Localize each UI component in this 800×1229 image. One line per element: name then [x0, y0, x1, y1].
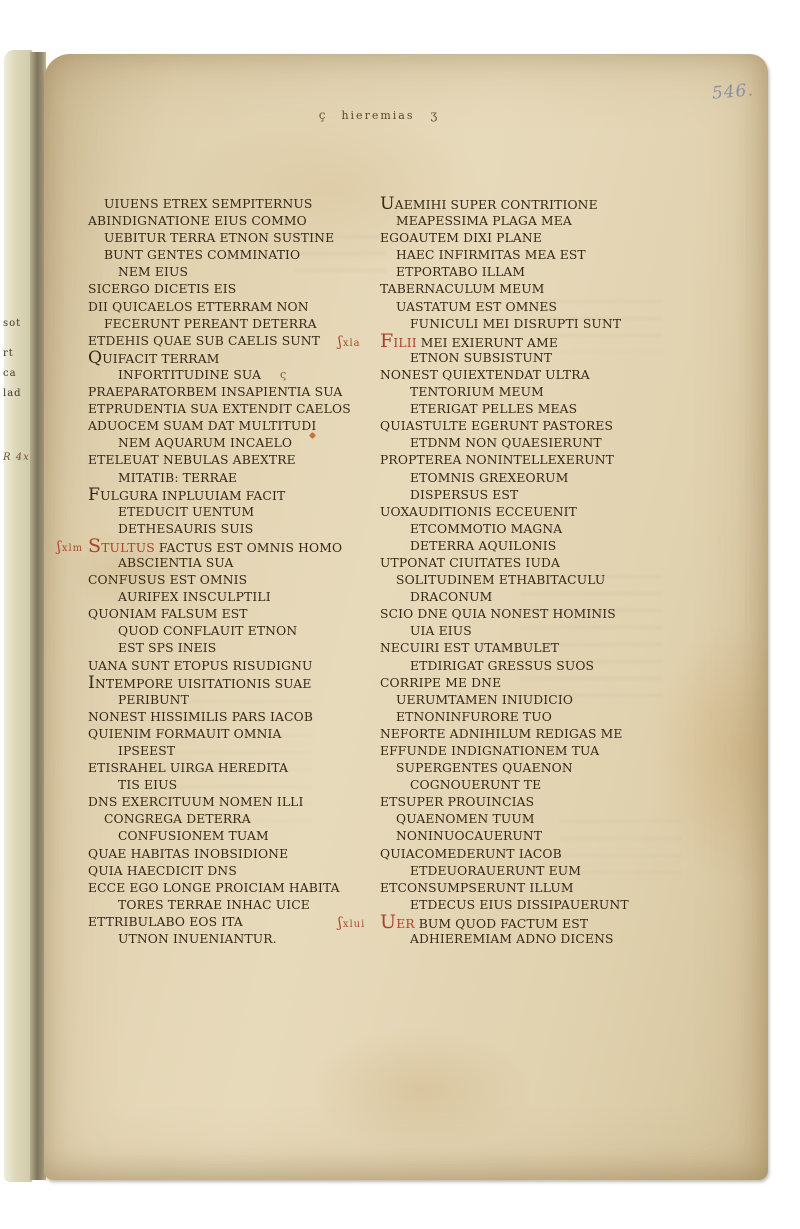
text-line: UIA EIUS: [380, 623, 692, 640]
text-line: DII QUICAELOS ETTERRAM NON: [88, 299, 372, 316]
text-line: DETERRA AQUILONIS: [380, 538, 692, 555]
manuscript-photo: sotrtcaladR 4x ç hieremias ʒ 546. UIUENS…: [0, 0, 800, 1229]
text-line: ETDECUS EIUS DISSIPAUERUNT: [380, 897, 692, 914]
edge-text-fragment: ca: [3, 368, 29, 379]
text-line: ETTRIBULABO EOS ITA: [88, 914, 372, 931]
text-line: PROPTEREA NONINTELLEXERUNT: [380, 452, 692, 469]
text-line: COGNOUERUNT TE: [380, 777, 692, 794]
text-line: BUNT GENTES COMMINATIO: [88, 247, 372, 264]
edge-text-fragment: lad: [3, 388, 29, 399]
text-line: EGOAUTEM DIXI PLANE: [380, 230, 692, 247]
text-line: ETOMNIS GREXEORUM: [380, 470, 692, 487]
text-line: ECCE EGO LONGE PROICIAM HABITA: [88, 880, 372, 897]
text-line: CONFUSUS EST OMNIS: [88, 572, 372, 589]
text-line: QUIACOMEDERUNT IACOB: [380, 846, 692, 863]
title-flourish-left-icon: ç: [319, 108, 326, 122]
text-line: SOLITUDINEM ETHABITACULU: [380, 572, 692, 589]
running-title: ç hieremias ʒ: [288, 108, 468, 122]
facing-page-edge: sotrtcaladR 4x: [4, 50, 32, 1182]
text-line: ETDEHIS QUAE SUB CAELIS SUNT: [88, 333, 372, 350]
text-line: ʃxlaFILIIMEI EXIERUNT AME: [380, 333, 692, 350]
text-line: DRACONUM: [380, 589, 692, 606]
text-line: ADUOCEM SUAM DAT MULTITUDI: [88, 418, 372, 435]
text-line: ABINDIGNATIONE EIUS COMMO: [88, 213, 372, 230]
text-line: UTNON INUENIANTUR.: [88, 931, 372, 948]
section-marker: ʃxla: [338, 334, 361, 352]
text-line: QUIA HAECDICIT DNS: [88, 863, 372, 880]
section-marker: ʃxlm: [57, 539, 83, 557]
text-line: QUIENIM FORMAUIT OMNIA: [88, 726, 372, 743]
text-line: AURIFEX INSCULPTILI: [88, 589, 372, 606]
text-line: TENTORIUM MEUM: [380, 384, 692, 401]
text-line: UASTATUM EST OMNES: [380, 299, 692, 316]
text-line: UIUENS ETREX SEMPITERNUS: [88, 196, 372, 213]
text-line: DISPERSUS EST: [380, 487, 692, 504]
text-line: FUNICULI MEI DISRUPTI SUNT: [380, 316, 692, 333]
text-line: FULGURA INPLUUIAM FACIT: [88, 487, 372, 504]
text-line: NEM AQUARUM INCAELO: [88, 435, 372, 452]
text-line: MITATIB: TERRAE: [88, 470, 372, 487]
text-line: NECUIRI EST UTAMBULET: [380, 640, 692, 657]
text-line: NONINUOCAUERUNT: [380, 828, 692, 845]
text-line: IPSEEST: [88, 743, 372, 760]
text-line: UOXAUDITIONIS ECCEUENIT: [380, 504, 692, 521]
correction-squiggle: ς: [280, 368, 286, 381]
text-line: ETISRAHEL UIRGA HEREDITA: [88, 760, 372, 777]
text-line: EFFUNDE INDIGNATIONEM TUA: [380, 743, 692, 760]
text-line: ETERIGAT PELLES MEAS: [380, 401, 692, 418]
folio-number: 546.: [711, 80, 754, 104]
text-line: PRAEPARATORBEM INSAPIENTIA SUA: [88, 384, 372, 401]
text-line: UERUMTAMEN INIUDICIO: [380, 692, 692, 709]
text-line: PERIBUNT: [88, 692, 372, 709]
text-line: QUONIAM FALSUM EST: [88, 606, 372, 623]
text-line: NONEST HISSIMILIS PARS IACOB: [88, 709, 372, 726]
text-line: QUIFACIT TERRAM: [88, 350, 372, 367]
text-line: CONFUSIONEM TUAM: [88, 828, 372, 845]
text-line: SICERGO DICETIS EIS: [88, 281, 372, 298]
text-line: EST SPS INEIS: [88, 640, 372, 657]
text-column-right: UAEMIHI SUPER CONTRITIONEMEAPESSIMA PLAG…: [380, 196, 692, 948]
text-line: QUAENOMEN TUUM: [380, 811, 692, 828]
manuscript-page: ç hieremias ʒ 546. UIUENS ETREX SEMPITER…: [44, 54, 768, 1180]
text-line: ABSCIENTIA SUA: [88, 555, 372, 572]
text-line: ʃxlmSTULTUSFACTUS EST OMNIS HOMO: [88, 538, 372, 555]
edge-text-fragment: sot: [3, 318, 29, 329]
text-line: ʃxluiUERBUM QUOD FACTUM EST: [380, 914, 692, 931]
text-line: SCIO DNE QUIA NONEST HOMINIS: [380, 606, 692, 623]
text-line: ETDEUORAUERUNT EUM: [380, 863, 692, 880]
text-line: TORES TERRAE INHAC UICE: [88, 897, 372, 914]
text-line: FECERUNT PEREANT DETERRA: [88, 316, 372, 333]
edge-text-fragment: R 4x: [3, 452, 29, 463]
text-line: ETPRUDENTIA SUA EXTENDIT CAELOS: [88, 401, 372, 418]
text-column-left: UIUENS ETREX SEMPITERNUSABINDIGNATIONE E…: [88, 196, 372, 948]
text-line: ETCOMMOTIO MAGNA: [380, 521, 692, 538]
text-line: SUPERGENTES QUAENON: [380, 760, 692, 777]
text-line: QUOD CONFLAUIT ETNON: [88, 623, 372, 640]
text-line: MEAPESSIMA PLAGA MEA: [380, 213, 692, 230]
text-line: ETDNM NON QUAESIERUNT: [380, 435, 692, 452]
text-line: ETNON SUBSISTUNT: [380, 350, 692, 367]
section-marker: ʃxlui: [338, 915, 365, 933]
text-line: QUIASTULTE EGERUNT PASTORES: [380, 418, 692, 435]
text-line: ETCONSUMPSERUNT ILLUM: [380, 880, 692, 897]
text-line: DNS EXERCITUUM NOMEN ILLI: [88, 794, 372, 811]
text-line: ETELEUAT NEBULAS ABEXTRE: [88, 452, 372, 469]
text-line: DETHESAURIS SUIS: [88, 521, 372, 538]
text-line: UAEMIHI SUPER CONTRITIONE: [380, 196, 692, 213]
text-line: INFORTITUDINE SUA: [88, 367, 372, 384]
text-line: TIS EIUS: [88, 777, 372, 794]
text-line: ETPORTABO ILLAM: [380, 264, 692, 281]
text-line: CONGREGA DETERRA: [88, 811, 372, 828]
text-line: UTPONAT CIUITATES IUDA: [380, 555, 692, 572]
text-line: UANA SUNT ETOPUS RISUDIGNU: [88, 658, 372, 675]
edge-text-fragment: rt: [3, 348, 29, 359]
running-title-text: hieremias: [341, 109, 414, 122]
text-line: NEFORTE ADNIHILUM REDIGAS ME: [380, 726, 692, 743]
text-line: NONEST QUIEXTENDAT ULTRA: [380, 367, 692, 384]
text-line: QUAE HABITAS INOBSIDIONE: [88, 846, 372, 863]
text-line: ETNONINFURORE TUO: [380, 709, 692, 726]
text-line: UEBITUR TERRA ETNON SUSTINE: [88, 230, 372, 247]
text-line: ETEDUCIT UENTUM: [88, 504, 372, 521]
text-line: INTEMPORE UISITATIONIS SUAE: [88, 675, 372, 692]
text-line: ETDIRIGAT GRESSUS SUOS: [380, 658, 692, 675]
text-line: TABERNACULUM MEUM: [380, 281, 692, 298]
text-line: CORRIPE ME DNE: [380, 675, 692, 692]
text-line: NEM EIUS: [88, 264, 372, 281]
text-line: ADHIEREMIAM ADNO DICENS: [380, 931, 692, 948]
title-flourish-right-icon: ʒ: [431, 108, 438, 122]
text-line: ETSUPER PROUINCIAS: [380, 794, 692, 811]
text-line: HAEC INFIRMITAS MEA EST: [380, 247, 692, 264]
